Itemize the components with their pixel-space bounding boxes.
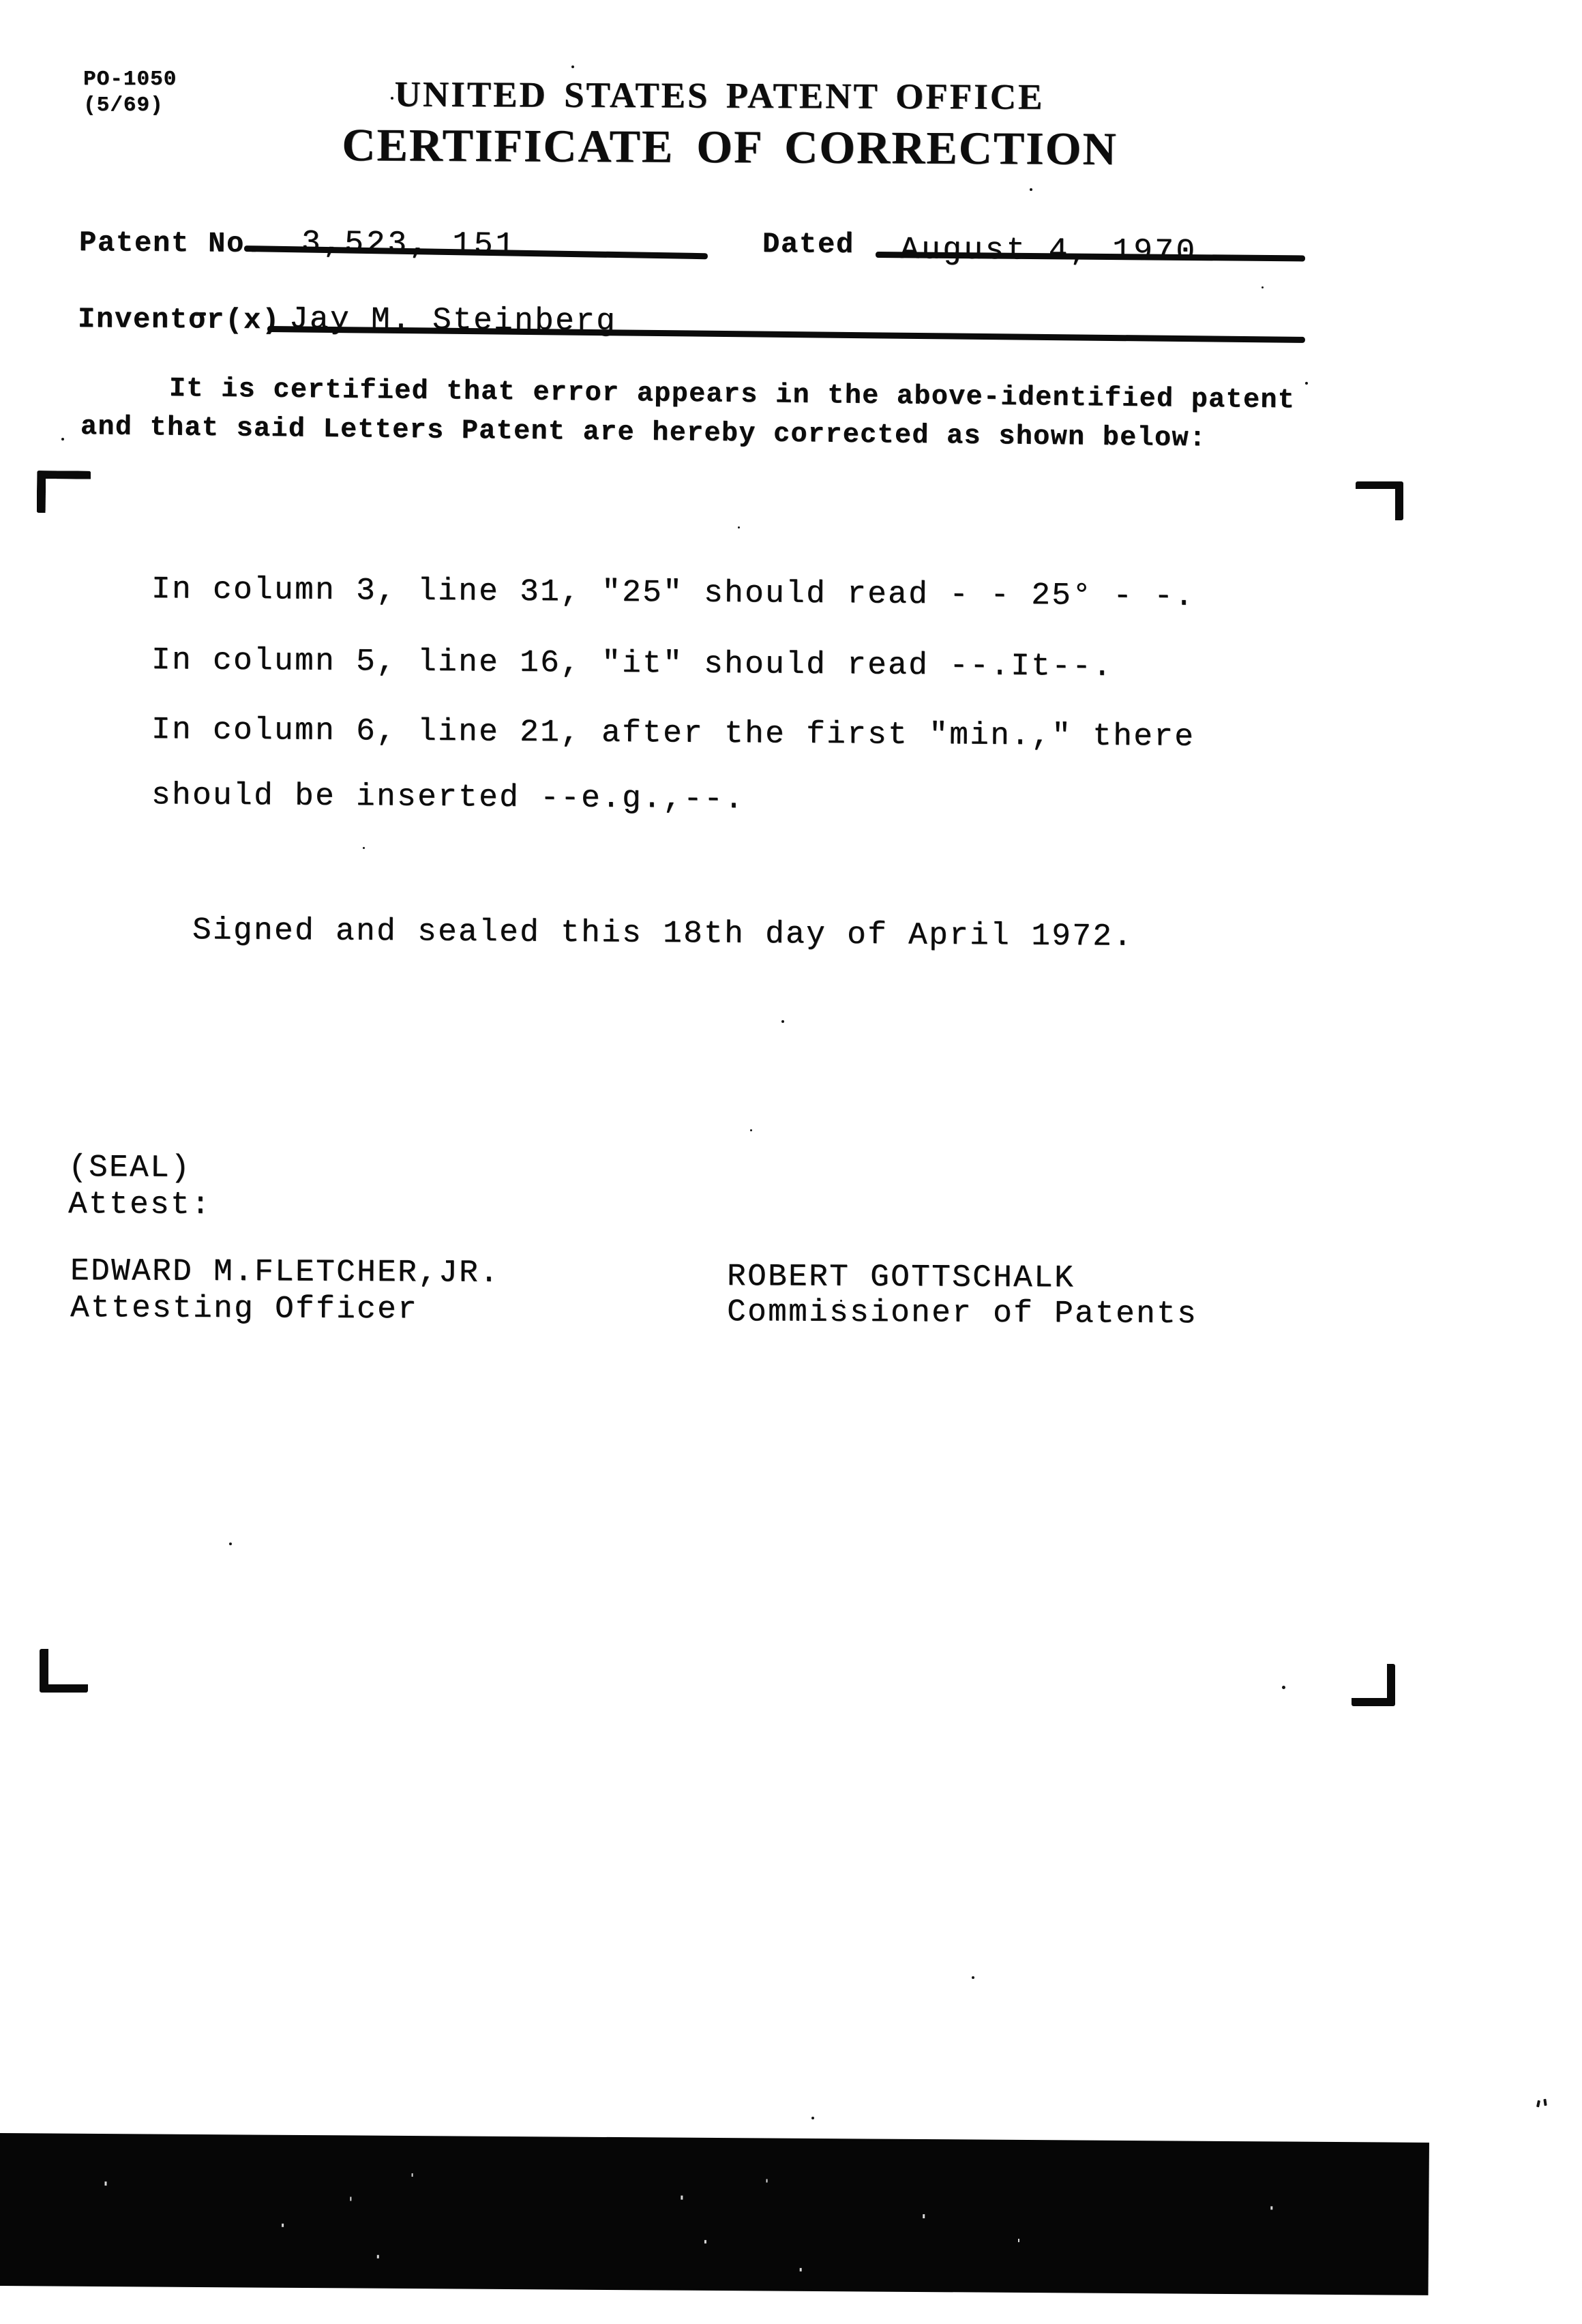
scan-speck [1262,286,1264,288]
scan-speck [571,65,574,68]
redaction-bar [0,2133,1429,2295]
scan-speck [738,526,740,528]
seal-note: (SEAL) [68,1150,191,1187]
scan-speck [1305,382,1308,385]
certification-line-1: It is certified that error appears in th… [169,374,1296,416]
crop-mark-top-left [37,471,91,513]
patent-no-label: Patent No. [79,226,263,260]
scan-speck [972,1976,974,1979]
dated-label: Dated [762,228,854,261]
correction-line: In column 6, line 21, after the first "m… [151,712,1195,756]
crop-mark-top-right [1356,481,1403,520]
certificate-of-correction-page: PO-1050 (5/69) UNITED STATES PATENT OFFI… [0,0,1582,2324]
crop-mark-bottom-left [40,1649,88,1693]
attest-label: Attest: [68,1187,211,1223]
attesting-officer-title: Attesting Officer [70,1290,418,1328]
signed-sealed-line: Signed and sealed this 18th day of April… [192,912,1134,955]
scan-speck [811,2117,814,2119]
certification-line-2: and that said Letters Patent are hereby … [80,412,1207,454]
scan-speck [1543,2099,1547,2106]
scan-speck [391,97,393,100]
scan-speck [195,312,206,316]
attesting-officer-name: EDWARD M.FLETCHER,JR. [70,1253,500,1292]
inventor-label: Inventor(x) [78,303,280,337]
correction-line: In column 3, line 31, "25" should read -… [151,571,1195,615]
patent-no-value: 3,523, 151 [301,225,518,263]
correction-line: should be inserted --e.g.,--. [151,777,745,818]
scan-speck [1282,1686,1285,1689]
office-title: UNITED STATES PATENT OFFICE [0,72,1439,119]
scan-speck [363,847,365,849]
scan-speck [750,1129,752,1131]
scan-speck [229,1543,232,1545]
scan-speck [61,438,64,441]
dated-value: August 4, 1970 [900,232,1197,270]
scan-speck [781,1020,784,1023]
commissioner-title: Commissioner of Patents [727,1294,1197,1332]
certificate-title: CERTIFICATE OF CORRECTION [0,116,1459,177]
scan-speck [1030,188,1032,191]
scan-speck [1536,2100,1540,2108]
crop-mark-bottom-right [1352,1664,1395,1706]
correction-line: In column 5, line 16, "it" should read -… [151,642,1114,685]
scan-speck [840,1300,842,1302]
commissioner-name: ROBERT GOTTSCHALK [727,1259,1075,1296]
